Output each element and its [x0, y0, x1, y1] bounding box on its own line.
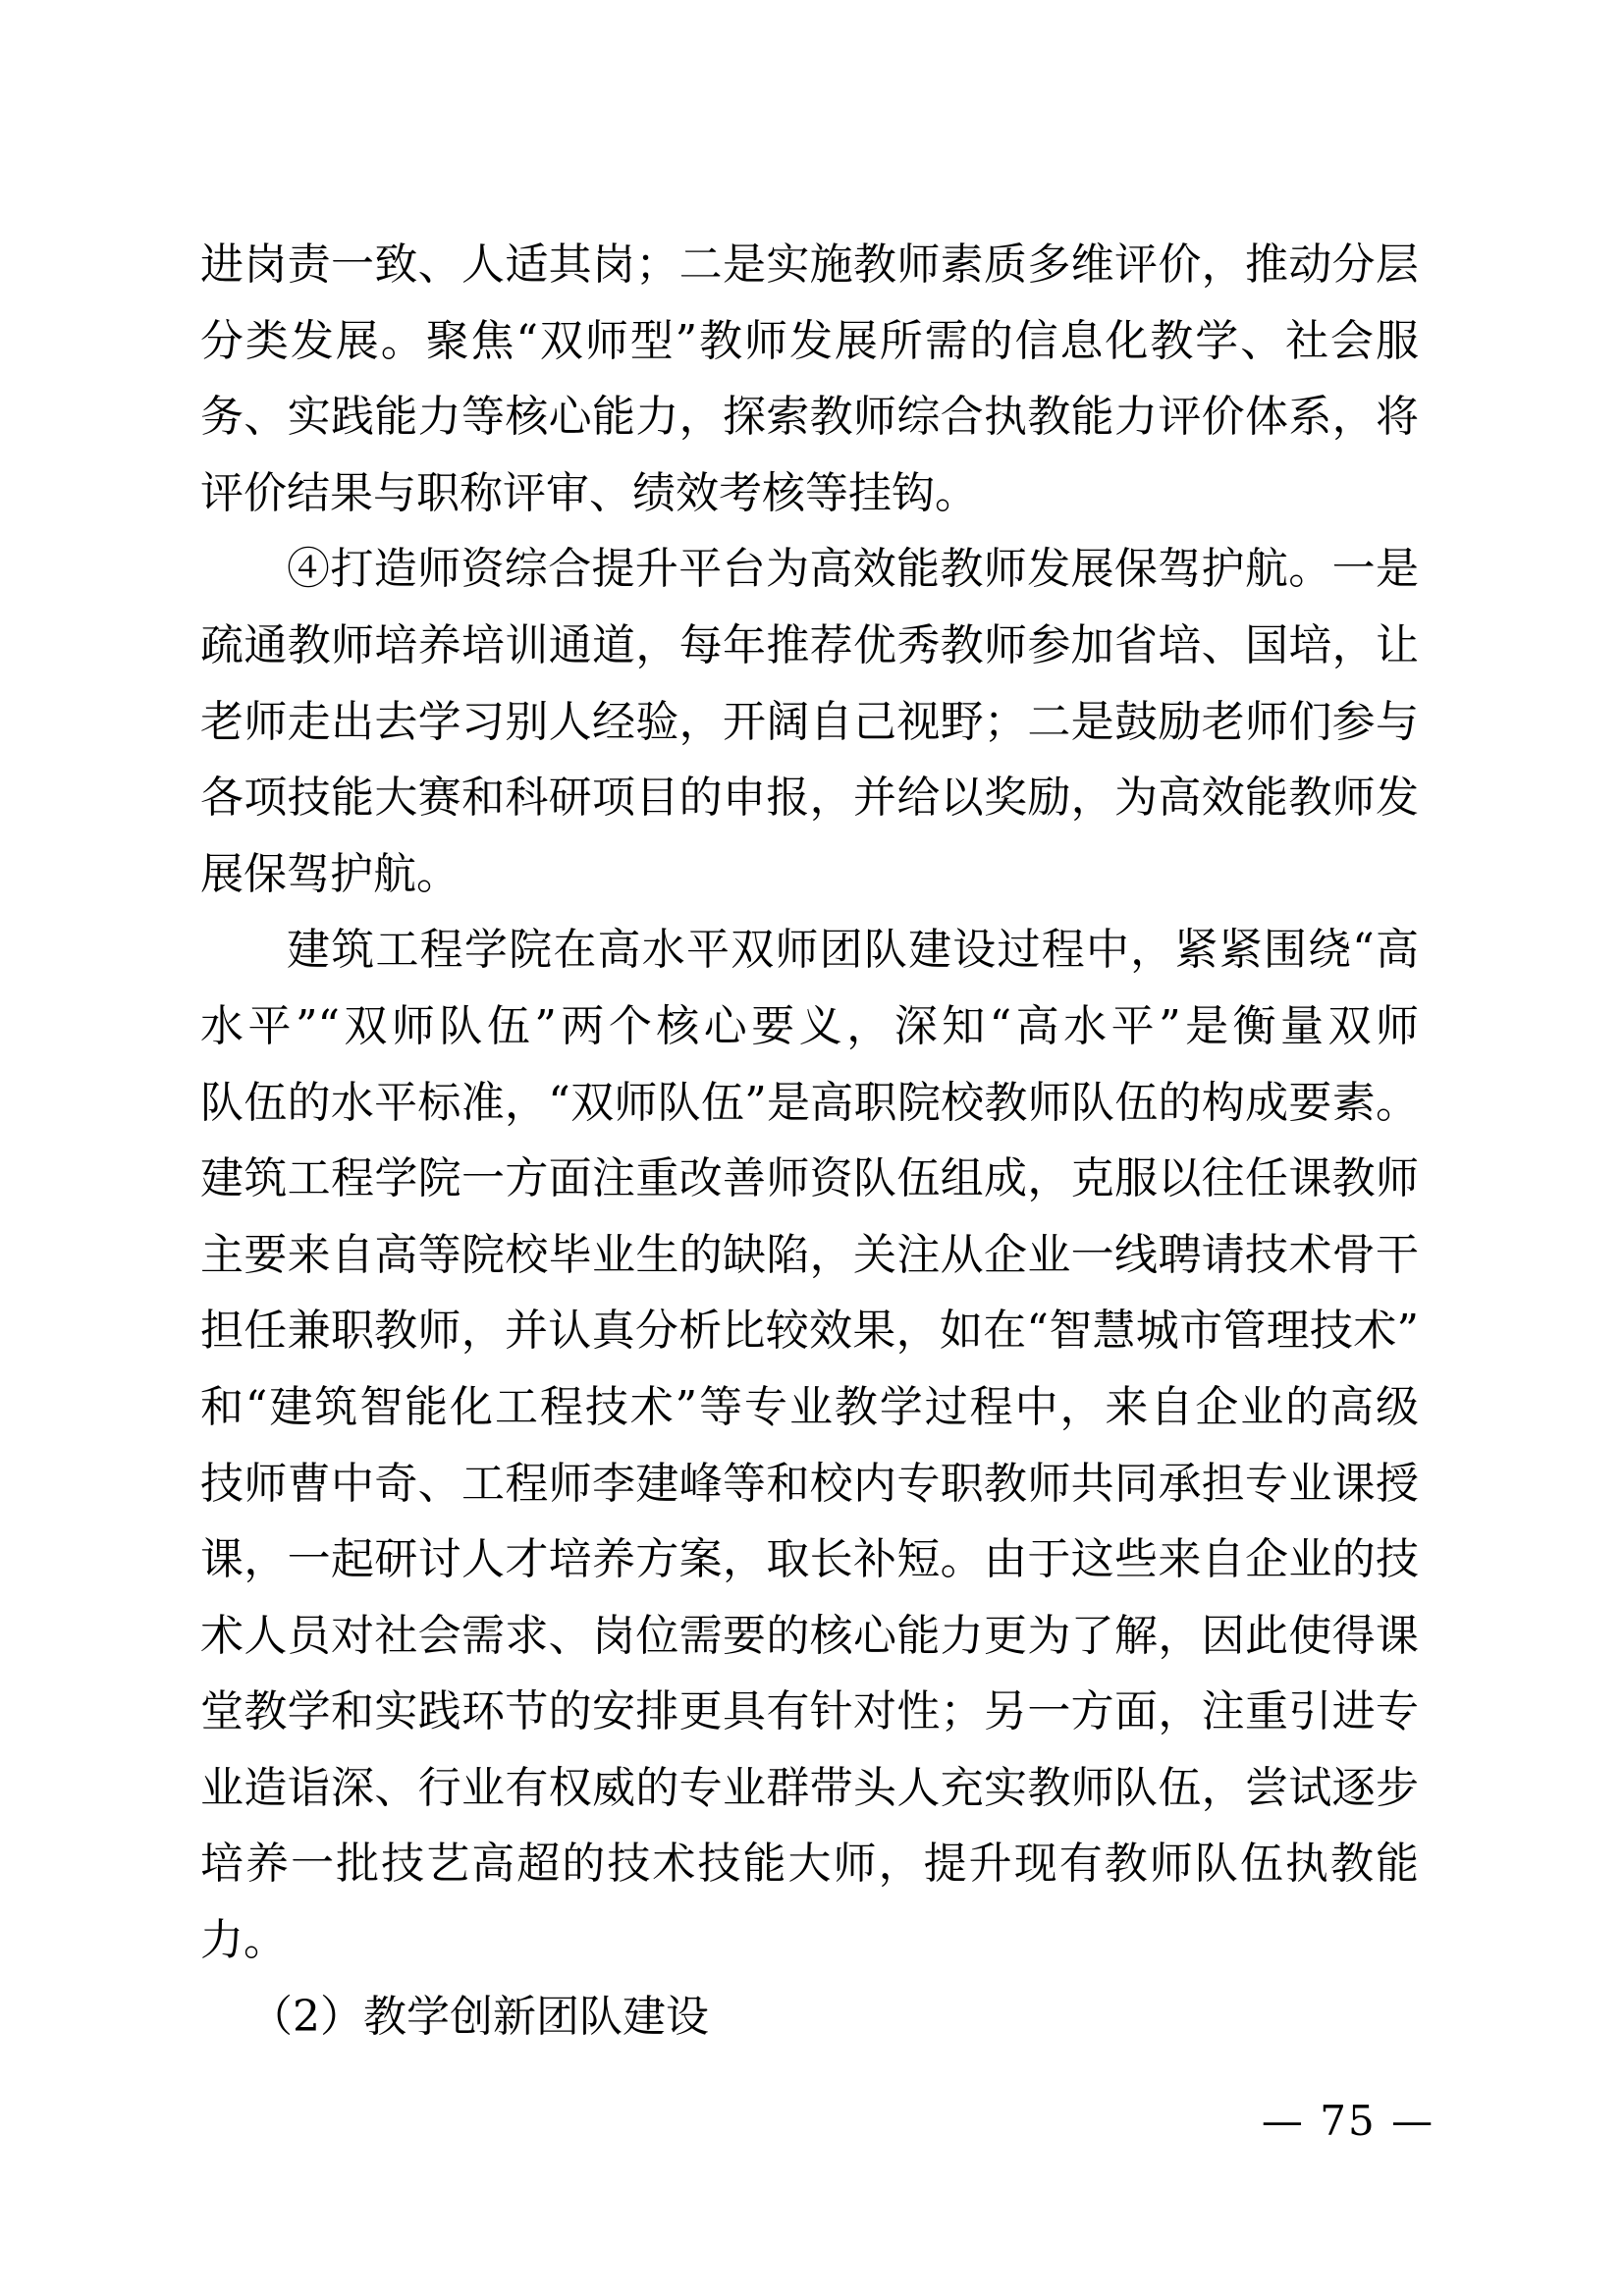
text-line: 水平”“双师队伍”两个核心要义，深知“高水平”是衡量双师 — [200, 988, 1419, 1065]
text-line: 课，一起研讨人才培养方案，取长补短。由于这些来自企业的技 — [200, 1522, 1419, 1598]
text-line: 主要来自高等院校毕业生的缺陷，关注从企业一线聘请技术骨干 — [200, 1217, 1419, 1294]
page-footer: — 75 — — [1230, 2097, 1466, 2146]
page-number: — 75 — — [1262, 2097, 1435, 2145]
text-line: 展保驾护航。 — [200, 836, 1419, 913]
text-line: 务、实践能力等核心能力，探索教师综合执教能力评价体系，将 — [200, 379, 1419, 455]
section-heading: （2）教学创新团队建设 — [200, 1979, 1419, 2056]
text-line: 疏通教师培养培训通道，每年推荐优秀教师参加省培、国培，让 — [200, 608, 1419, 684]
text-line: 业造诣深、行业有权威的专业群带头人充实教师队伍，尝试逐步 — [200, 1750, 1419, 1827]
text-line: 队伍的水平标准，“双师队伍”是高职院校教师队伍的构成要素。 — [200, 1065, 1419, 1142]
text-line: 分类发展。聚焦“双师型”教师发展所需的信息化教学、社会服 — [200, 303, 1419, 380]
text-line: 进岗责一致、人适其岗；二是实施教师素质多维评价，推动分层 — [200, 227, 1419, 303]
text-line: ④打造师资综合提升平台为高效能教师发展保驾护航。一是 — [200, 531, 1419, 608]
text-line: 堂教学和实践环节的安排更具有针对性；另一方面，注重引进专 — [200, 1674, 1419, 1750]
text-line: 建筑工程学院一方面注重改善师资队伍组成，克服以往任课教师 — [200, 1141, 1419, 1217]
document-page: 进岗责一致、人适其岗；二是实施教师素质多维评价，推动分层 分类发展。聚焦“双师型… — [0, 0, 1624, 2296]
body-text: 进岗责一致、人适其岗；二是实施教师素质多维评价，推动分层 分类发展。聚焦“双师型… — [200, 227, 1419, 2055]
text-line: 培养一批技艺高超的技术技能大师，提升现有教师队伍执教能 — [200, 1826, 1419, 1902]
text-line: 力。 — [200, 1902, 1419, 1979]
text-line: 评价结果与职称评审、绩效考核等挂钩。 — [200, 455, 1419, 532]
text-line: 技师曹中奇、工程师李建峰等和校内专职教师共同承担专业课授 — [200, 1446, 1419, 1522]
text-line: 和“建筑智能化工程技术”等专业教学过程中，来自企业的高级 — [200, 1369, 1419, 1446]
text-line: 老师走出去学习别人经验，开阔自己视野；二是鼓励老师们参与 — [200, 684, 1419, 761]
text-line: 担任兼职教师，并认真分析比较效果，如在“智慧城市管理技术” — [200, 1293, 1419, 1369]
text-line: 各项技能大赛和科研项目的申报，并给以奖励，为高效能教师发 — [200, 760, 1419, 836]
text-line: 建筑工程学院在高水平双师团队建设过程中，紧紧围绕“高 — [200, 912, 1419, 988]
text-line: 术人员对社会需求、岗位需要的核心能力更为了解，因此使得课 — [200, 1598, 1419, 1675]
